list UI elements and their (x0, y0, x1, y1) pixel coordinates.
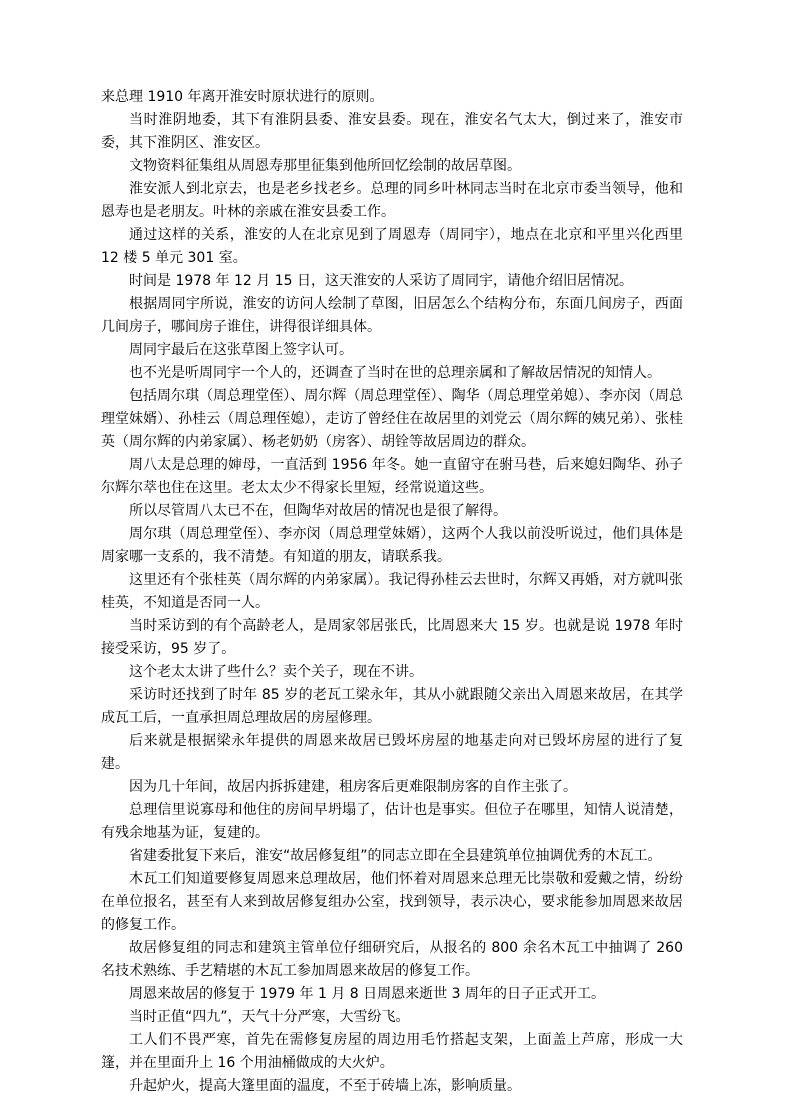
paragraph: 根据周同宇所说，淮安的访问人绘制了草图，旧居怎么个结构分布，东面几间房子，西面几… (101, 293, 683, 339)
document-body: 来总理 1910 年离开淮安时原状进行的原则。 当时淮阴地委，其下有淮阴县委、淮… (101, 86, 683, 1098)
paragraph: 这个老太太讲了些什么？卖个关子，现在不讲。 (101, 661, 683, 684)
paragraph: 通过这样的关系，淮安的人在北京见到了周恩寿（周同宇），地点在北京和平里兴化西里 … (101, 224, 683, 270)
paragraph: 周尔琪（周总理堂侄）、李亦闵（周总理堂妹婿），这两个人我以前没听说过，他们具体是… (101, 523, 683, 569)
paragraph: 因为几十年间，故居内拆拆建建，租房客后更难限制房客的自作主张了。 (101, 776, 683, 799)
paragraph: 也不光是听周同宇一个人的，还调查了当时在世的总理亲属和了解故居情况的知情人。 (101, 362, 683, 385)
paragraph: 这里还有个张桂英（周尔辉的内弟家属）。我记得孙桂云去世时，尔辉又再婚，对方就叫张… (101, 569, 683, 615)
paragraph: 周恩来故居的修复于 1979 年 1 月 8 日周恩来逝世 3 周年的日子正式开… (101, 983, 683, 1006)
paragraph: 升起炉火，提高大篷里面的温度，不至于砖墙上冻，影响质量。 (101, 1075, 683, 1098)
paragraph: 周八太是总理的婶母，一直活到 1956 年冬。她一直留守在驸马巷，后来媳妇陶华、… (101, 454, 683, 500)
paragraph: 当时采访到的有个高龄老人，是周家邻居张氏，比周恩来大 15 岁。也就是说 197… (101, 615, 683, 661)
paragraph: 故居修复组的同志和建筑主管单位仔细研究后，从报名的 800 余名木瓦工中抽调了 … (101, 937, 683, 983)
paragraph: 后来就是根据梁永年提供的周恩来故居已毁坏房屋的地基走向对已毁坏房屋的进行了复建。 (101, 730, 683, 776)
paragraph: 所以尽管周八太已不在，但陶华对故居的情况也是很了解得。 (101, 500, 683, 523)
paragraph: 当时淮阴地委，其下有淮阴县委、淮安县委。现在，淮安名气太大，倒过来了，淮安市委，… (101, 109, 683, 155)
paragraph: 当时正值“四九”，天气十分严寒，大雪纷飞。 (101, 1006, 683, 1029)
paragraph: 采访时还找到了时年 85 岁的老瓦工梁永年，其从小就跟随父亲出入周恩来故居，在其… (101, 684, 683, 730)
paragraph: 工人们不畏严寒，首先在需修复房屋的周边用毛竹搭起支架，上面盖上芦席，形成一大篷，… (101, 1029, 683, 1075)
paragraph: 时间是 1978 年 12 月 15 日，这天淮安的人采访了周同宇，请他介绍旧居… (101, 270, 683, 293)
paragraph: 文物资料征集组从周恩寿那里征集到他所回忆绘制的故居草图。 (101, 155, 683, 178)
paragraph: 木瓦工们知道要修复周恩来总理故居，他们怀着对周恩来总理无比崇敬和爱戴之情，纷纷在… (101, 868, 683, 937)
paragraph: 总理信里说寡母和他住的房间早坍塌了，估计也是事实。但位子在哪里，知情人说清楚，有… (101, 799, 683, 845)
paragraph: 周同宇最后在这张草图上签字认可。 (101, 339, 683, 362)
paragraph: 包括周尔琪（周总理堂侄）、周尔辉（周总理堂侄）、陶华（周总理堂弟媳）、李亦闵（周… (101, 385, 683, 454)
paragraph: 淮安派人到北京去，也是老乡找老乡。总理的同乡叶林同志当时在北京市委当领导，他和恩… (101, 178, 683, 224)
paragraph: 省建委批复下来后，淮安“故居修复组”的同志立即在全县建筑单位抽调优秀的木瓦工。 (101, 845, 683, 868)
paragraph: 来总理 1910 年离开淮安时原状进行的原则。 (101, 86, 683, 109)
